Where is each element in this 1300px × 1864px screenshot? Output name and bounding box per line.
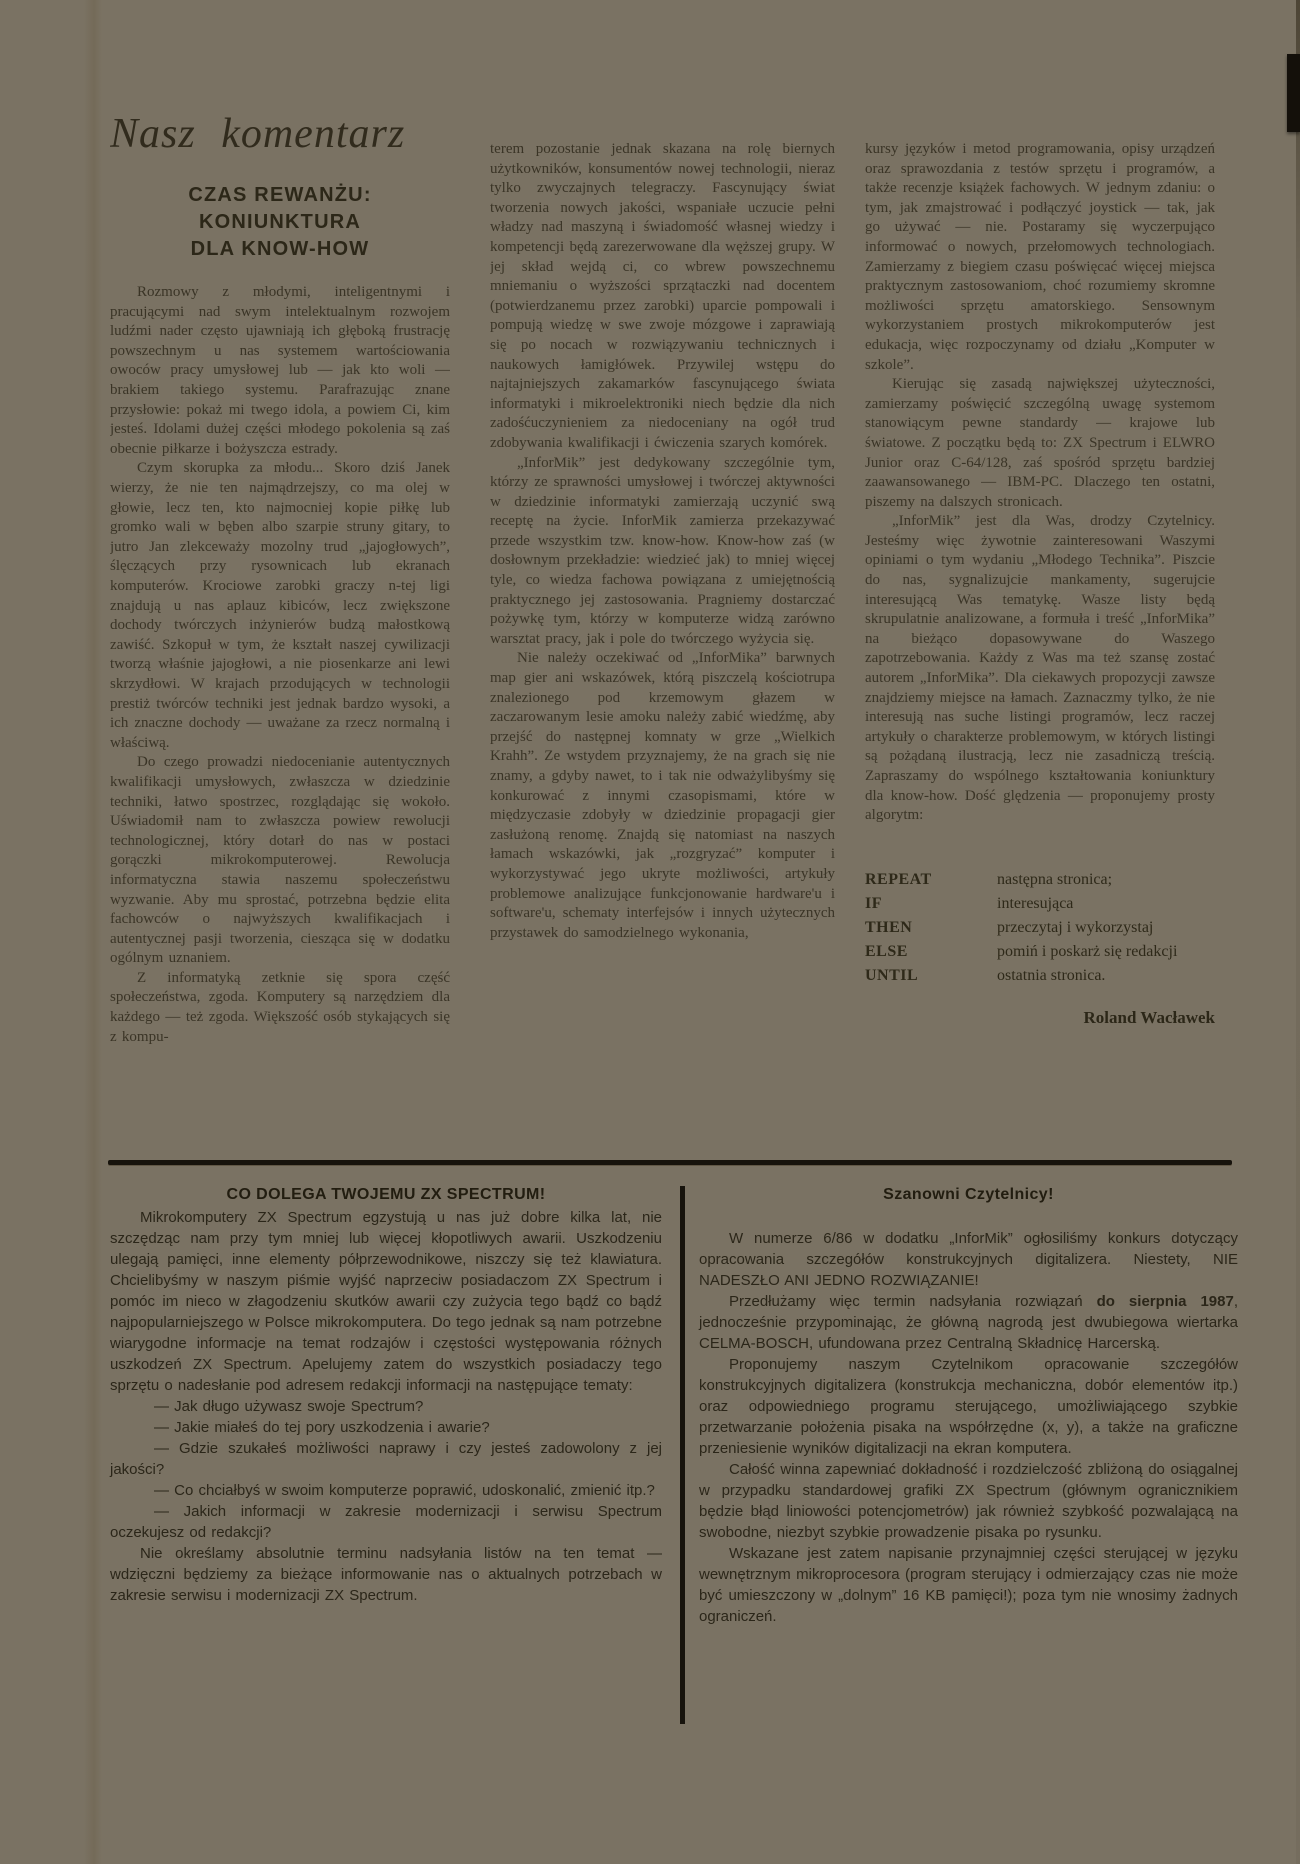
algorithm-keyword: UNTIL [865,964,997,988]
article-paragraph: „InforMik” jest dedykowany szczególnie t… [490,454,835,650]
algorithm-row: THEN przeczytaj i wykorzystaj [865,916,1215,940]
algorithm-block: REPEAT następna stronica; IF interesując… [865,868,1215,988]
article-nasz-komentarz: Nasz komentarz CZAS REWANŻU: KONIUNKTURA… [110,112,1215,1158]
article-paragraph: Czym skorupka za młodu... Skoro dziś Jan… [110,459,450,753]
article-title-line: CZAS REWANŻU: [110,182,450,209]
algorithm-row: IF interesująca [865,892,1215,916]
article-title-line: DLA KNOW-HOW [110,236,450,263]
question-item: — Jakie miałeś do tej pory uszkodzenia i… [110,1417,662,1438]
article-title-line: KONIUNKTURA [110,209,450,236]
section-paragraph: Proponujemy naszym Czytelnikom opracowan… [699,1354,1238,1459]
section-paragraph: W numerze 6/86 w dodatku „InforMik” ogło… [699,1228,1238,1291]
section-paragraph: Wskazane jest zatem napisanie przynajmni… [699,1543,1238,1627]
vertical-divider [680,1186,685,1724]
question-item: — Jakich informacji w zakresie moderniza… [110,1501,662,1543]
question-item: — Co chciałbyś w swoim komputerze popraw… [110,1480,662,1501]
section-paragraph: Nie określamy absolutnie terminu nadsyła… [110,1543,662,1606]
question-item: — Jak długo używasz swoje Spectrum? [110,1396,662,1417]
article-paragraph: Z informatyką zetknie się spora część sp… [110,969,450,1047]
article-column-1: Nasz komentarz CZAS REWANŻU: KONIUNKTURA… [110,112,450,1158]
algorithm-action: następna stronica; [997,868,1112,892]
section-title: CO DOLEGA TWOJEMU ZX SPECTRUM! [110,1186,662,1204]
article-paragraph: Do czego prowadzi niedocenianie autentyc… [110,753,450,969]
article-paragraph: „InforMik” jest dla Was, drodzy Czytelni… [865,512,1215,826]
article-paragraph: kursy języków i metod programowania, opi… [865,140,1215,375]
algorithm-row: UNTIL ostatnia stronica. [865,964,1215,988]
paper-crease [84,0,102,1864]
deadline-emphasis: do sierpnia 1987 [1097,1293,1234,1310]
algorithm-row: REPEAT następna stronica; [865,868,1215,892]
section-title: Szanowni Czytelnicy! [699,1186,1238,1204]
section-paragraph: Przedłużamy więc termin nadsyłania rozwi… [699,1291,1238,1354]
algorithm-action: interesująca [997,892,1073,916]
scan-right-edge-shadow [1296,0,1300,1864]
algorithm-action: ostatnia stronica. [997,964,1105,988]
section-paragraph: Mikrokomputery ZX Spectrum egzystują u n… [110,1207,662,1396]
algorithm-keyword: REPEAT [865,868,997,892]
bottom-sections: CO DOLEGA TWOJEMU ZX SPECTRUM! Mikrokomp… [110,1186,1238,1724]
section-header: Nasz komentarz [110,112,450,156]
algorithm-action: przeczytaj i wykorzystaj [997,916,1153,940]
algorithm-keyword: IF [865,892,997,916]
algorithm-keyword: ELSE [865,940,997,964]
spectrum-appeal-section: CO DOLEGA TWOJEMU ZX SPECTRUM! Mikrokomp… [110,1186,662,1724]
paragraph-text: Przedłużamy więc termin nadsyłania rozwi… [729,1293,1097,1310]
algorithm-action: pomiń i poskarż się redakcji [997,940,1177,964]
magazine-page-scan: Nasz komentarz CZAS REWANŻU: KONIUNKTURA… [0,0,1300,1864]
algorithm-row: ELSE pomiń i poskarż się redakcji [865,940,1215,964]
horizontal-rule [108,1160,1232,1165]
article-paragraph: Kierując się zasadą największej użyteczn… [865,375,1215,512]
article-column-3: kursy języków i metod programowania, opi… [865,112,1215,1158]
section-paragraph: Całość winna zapewniać dokładność i rozd… [699,1459,1238,1543]
article-paragraph: terem pozostanie jednak skazana na rolę … [490,140,835,454]
article-title: CZAS REWANŻU: KONIUNKTURA DLA KNOW-HOW [110,182,450,263]
article-paragraph: Nie należy oczekiwać od „InforMika” barw… [490,649,835,943]
contest-notice-section: Szanowni Czytelnicy! W numerze 6/86 w do… [699,1186,1238,1724]
question-item: — Gdzie szukałeś możliwości naprawy i cz… [110,1438,662,1480]
algorithm-keyword: THEN [865,916,997,940]
author-byline: Roland Wacławek [865,1008,1215,1028]
article-paragraph: Rozmowy z młodymi, inteligentnymi i prac… [110,283,450,459]
scan-edge-ink-mark [1287,54,1300,132]
article-column-2: terem pozostanie jednak skazana na rolę … [490,112,835,1158]
